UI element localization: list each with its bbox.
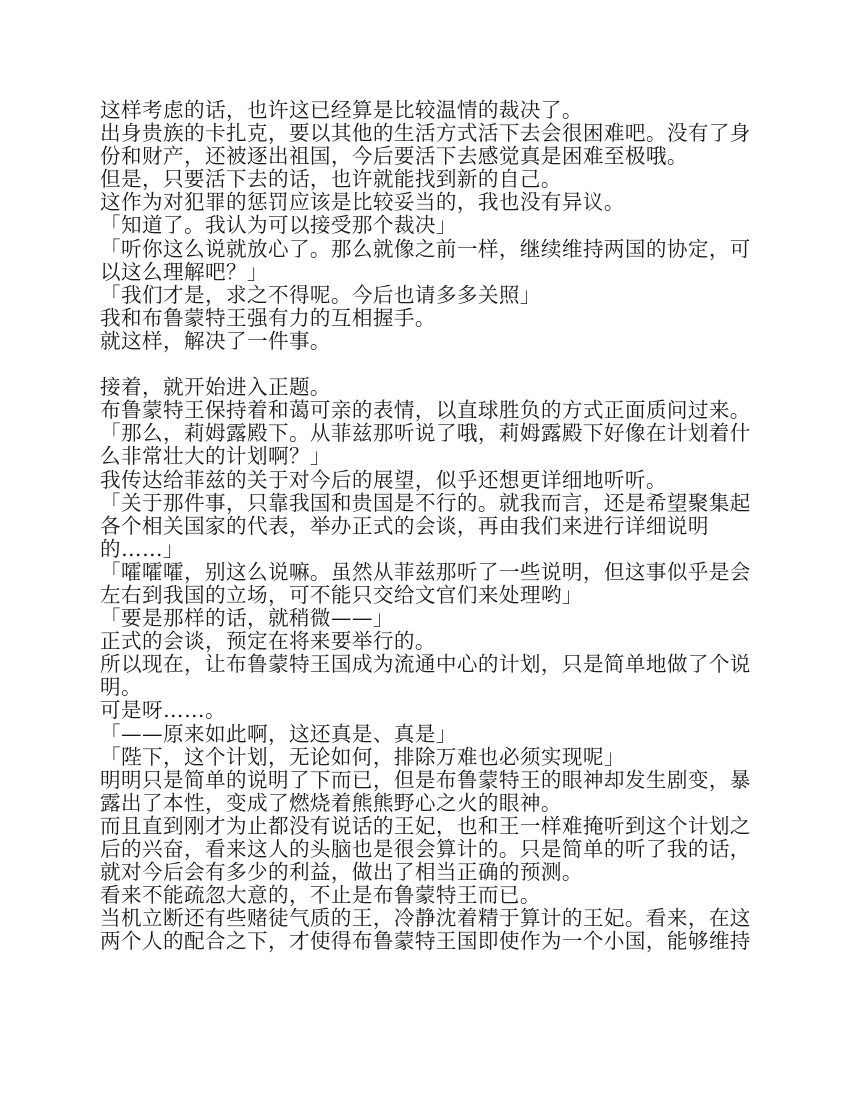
text-line: 我传达给菲兹的关于对今后的展望，似乎还想更详细地听听。 <box>100 469 760 492</box>
text-line: 布鲁蒙特王保持着和蔼可亲的表情，以直球胜负的方式正面质问过来。 <box>100 399 760 422</box>
text-line: 后的兴奋，看来这人的头脑也是很会算计的。只是简单的听了我的话， <box>100 838 760 861</box>
text-line: 当机立断还有些赌徒气质的王，冷静沈着精于算计的王妃。看来，在这 <box>100 907 760 930</box>
text-line: 「那么，莉姆露殿下。从菲兹那听说了哦，莉姆露殿下好像在计划着什 <box>100 422 760 445</box>
text-line: 可是呀……。 <box>100 699 760 722</box>
text-line: 我和布鲁蒙特王强有力的互相握手。 <box>100 307 760 330</box>
text-line: 「知道了。我认为可以接受那个裁决」 <box>100 214 760 237</box>
text-line: 「我们才是，求之不得呢。今后也请多多关照」 <box>100 284 760 307</box>
text-line: 明。 <box>100 676 760 699</box>
text-line: 的……」 <box>100 538 760 561</box>
text-line: 以这么理解吧？」 <box>100 261 760 284</box>
paragraph-break <box>100 353 760 376</box>
text-line: 露出了本性，变成了燃烧着熊熊野心之火的眼神。 <box>100 792 760 815</box>
text-line: 所以现在，让布鲁蒙特王国成为流通中心的计划，只是简单地做了个说 <box>100 653 760 676</box>
text-line: 这作为对犯罪的惩罚应该是比较妥当的，我也没有异议。 <box>100 191 760 214</box>
text-line: 但是，只要活下去的话，也许就能找到新的自己。 <box>100 168 760 191</box>
text-line: 出身贵族的卡扎克，要以其他的生活方式活下去会很困难吧。没有了身 <box>100 122 760 145</box>
text-line: 而且直到刚才为止都没有说话的王妃，也和王一样难掩听到这个计划之 <box>100 815 760 838</box>
text-line: 「听你这么说就放心了。那么就像之前一样，继续维持两国的协定，可 <box>100 238 760 261</box>
text-line: 么非常壮大的计划啊？」 <box>100 445 760 468</box>
text-line: 正式的会谈，预定在将来要举行的。 <box>100 630 760 653</box>
text-line: 「嚯嚯嚯，别这么说嘛。虽然从菲兹那听了一些说明，但这事似乎是会 <box>100 561 760 584</box>
text-line: 接着，就开始进入正题。 <box>100 376 760 399</box>
text-line: 份和财产，还被逐出祖国，今后要活下去感觉真是困难至极哦。 <box>100 145 760 168</box>
text-line: 明明只是简单的说明了下而已，但是布鲁蒙特王的眼神却发生剧变，暴 <box>100 769 760 792</box>
text-line: 「要是那样的话，就稍微——」 <box>100 607 760 630</box>
text-line: 这样考虑的话，也许这已经算是比较温情的裁决了。 <box>100 99 760 122</box>
text-line: 左右到我国的立场，可不能只交给文官们来处理哟」 <box>100 584 760 607</box>
text-line: 就对今后会有多少的利益，做出了相当正确的预测。 <box>100 861 760 884</box>
text-line: 各个相关国家的代表，举办正式的会谈，再由我们来进行详细说明 <box>100 515 760 538</box>
text-line: 两个人的配合之下，才使得布鲁蒙特王国即使作为一个小国，能够维持 <box>100 930 760 953</box>
text-line: 看来不能疏忽大意的，不止是布鲁蒙特王而已。 <box>100 884 760 907</box>
text-line: 「——原来如此啊，这还真是、真是」 <box>100 723 760 746</box>
text-line: 就这样，解决了一件事。 <box>100 330 760 353</box>
text-line: 「陛下，这个计划，无论如何，排除万难也必须实现呢」 <box>100 746 760 769</box>
document-page: 这样考虑的话，也许这已经算是比较温情的裁决了。 出身贵族的卡扎克，要以其他的生活… <box>100 99 760 953</box>
text-line: 「关于那件事，只靠我国和贵国是不行的。就我而言，还是希望聚集起 <box>100 492 760 515</box>
